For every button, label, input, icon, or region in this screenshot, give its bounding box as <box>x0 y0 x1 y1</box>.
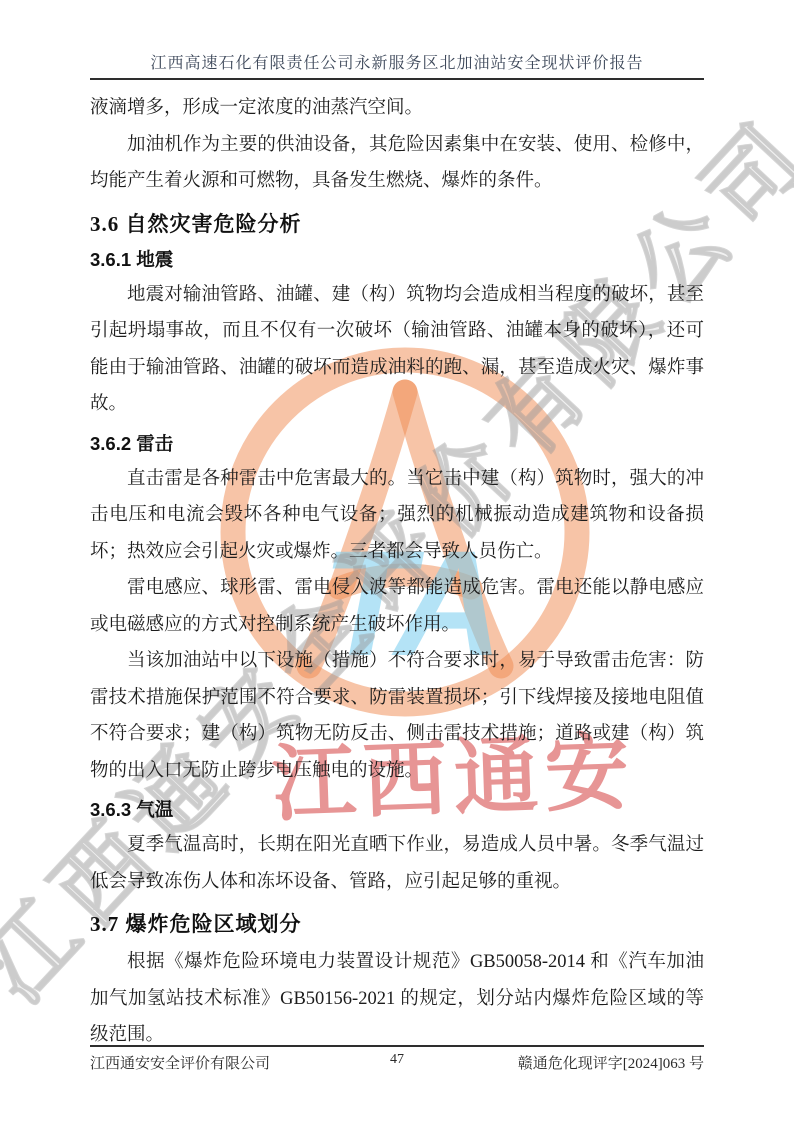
page-header-title: 江西高速石化有限责任公司永新服务区北加油站安全现状评价报告 <box>90 50 704 73</box>
paragraph-earthquake: 地震对输油管路、油罐、建（构）筑物均会造成相当程度的破坏，甚至引起坍塌事故，而且… <box>90 277 704 423</box>
paragraph-explosion-zone: 根据《爆炸危险环境电力装置设计规范》GB50058-2014 和《汽车加油加气加… <box>90 944 704 1054</box>
subsection-heading-3-6-1: 3.6.1 地震 <box>90 246 704 274</box>
paragraph-lightning-direct: 直击雷是各种雷击中危害最大的。当它击中建（构）筑物时，强大的冲击电压和电流会毁坏… <box>90 461 704 571</box>
paragraph-lightning-requirements: 当该加油站中以下设施（措施）不符合要求时，易于导致雷击危害：防雷技术措施保护范围… <box>90 643 704 789</box>
paragraph-continuation: 液滴增多，形成一定浓度的油蒸汽空间。 <box>90 90 704 127</box>
subsection-heading-3-6-3: 3.6.3 气温 <box>90 796 704 824</box>
report-page: TA 江西通安全评价有限公司 江西通安 江西高速石化有限责任公司永新服务区北加油… <box>0 0 794 1123</box>
paragraph-fuel-dispenser: 加油机作为主要的供油设备，其危险因素集中在安装、使用、检修中，均能产生着火源和可… <box>90 127 704 200</box>
section-heading-3-6: 3.6 自然灾害危险分析 <box>90 209 704 239</box>
header-rule <box>90 78 704 80</box>
footer-doc-number: 赣通危化现评字[2024]063 号 <box>518 1052 704 1073</box>
section-heading-3-7: 3.7 爆炸危险区域划分 <box>90 909 704 939</box>
subsection-heading-3-6-2: 3.6.2 雷击 <box>90 430 704 458</box>
document-body: 液滴增多，形成一定浓度的油蒸汽空间。 加油机作为主要的供油设备，其危险因素集中在… <box>90 90 704 1054</box>
page-footer: 江西通安安全评价有限公司 47 赣通危化现评字[2024]063 号 <box>90 1045 704 1072</box>
paragraph-temperature: 夏季气温高时，长期在阳光直晒下作业，易造成人员中暑。冬季气温过低会导致冻伤人体和… <box>90 827 704 900</box>
paragraph-lightning-induction: 雷电感应、球形雷、雷电侵入波等都能造成危害。雷电还能以静电感应或电磁感应的方式对… <box>90 570 704 643</box>
